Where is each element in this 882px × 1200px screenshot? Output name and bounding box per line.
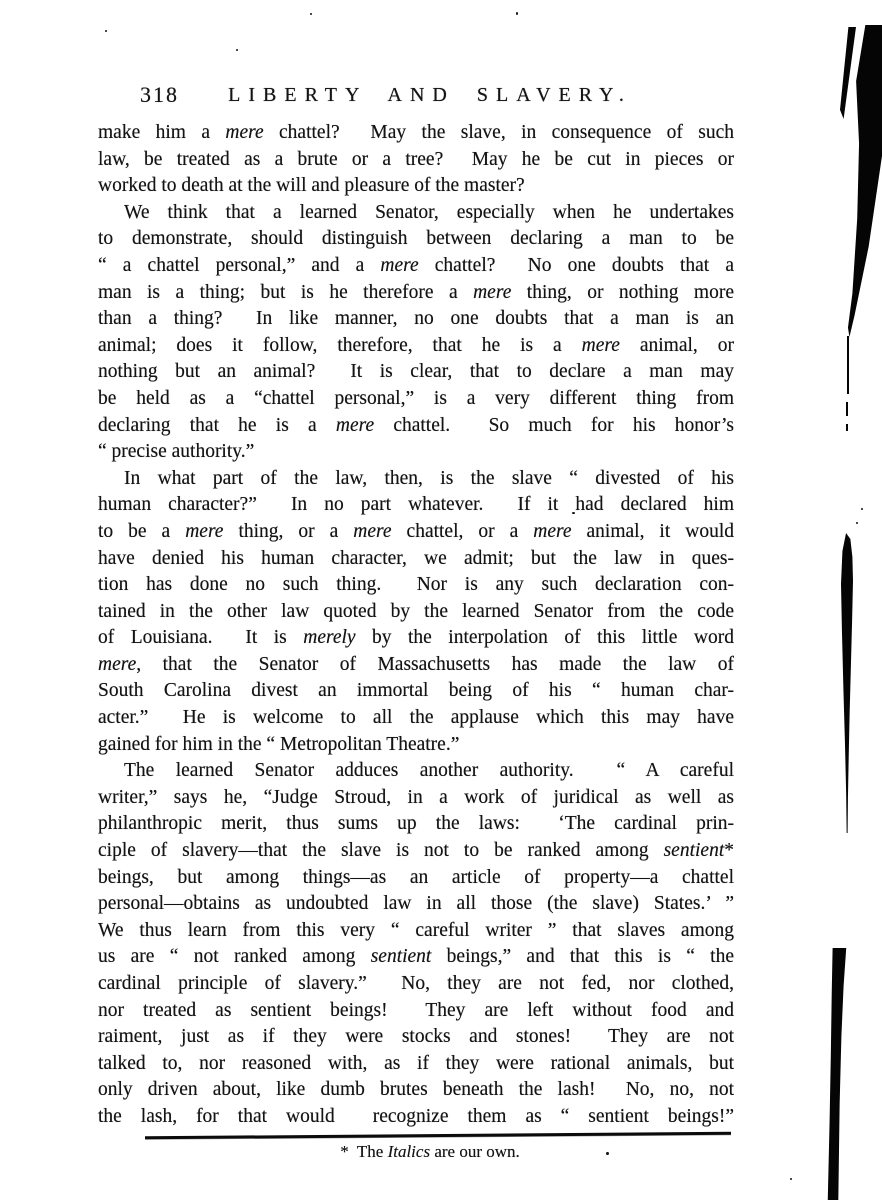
scan-artifact-tail-3 xyxy=(846,424,848,431)
text-line: philanthropic merit, thus sums up the la… xyxy=(98,811,734,838)
text-line: ciple of slavery—that the slave is not t… xyxy=(98,838,734,865)
scan-artifact-top-wedge xyxy=(836,27,856,119)
text-line: cardinal principle of slavery.” No, they… xyxy=(98,971,734,998)
text-line: make him a mere chattel? May the slave, … xyxy=(98,120,734,147)
footnote-rule xyxy=(145,1132,731,1139)
text-line: personal—obtains as undoubted law in all… xyxy=(98,891,734,918)
text-line: The learned Senator adduces another auth… xyxy=(98,758,734,785)
text-line: law, be treated as a brute or a tree? Ma… xyxy=(98,147,734,174)
body-text: make him a mere chattel? May the slave, … xyxy=(98,120,734,1131)
text-line: nor treated as sentient beings! They are… xyxy=(98,998,734,1025)
text-line: beings, but among things—as an article o… xyxy=(98,865,734,892)
scan-speck xyxy=(105,30,107,32)
text-line: acter.” He is welcome to all the applaus… xyxy=(98,705,734,732)
scan-speck xyxy=(572,512,575,514)
text-line: to be a mere thing, or a mere chattel, o… xyxy=(98,519,734,546)
text-line: tion has done no such thing. Nor is any … xyxy=(98,572,734,599)
scan-speck xyxy=(861,508,863,510)
text-line: raiment, just as if they were stocks and… xyxy=(98,1024,734,1051)
text-line: be held as a “chattel personal,” is a ve… xyxy=(98,386,734,413)
text-line: declaring that he is a mere chattel. So … xyxy=(98,413,734,440)
text-line: talked to, nor reasoned with, as if they… xyxy=(98,1051,734,1078)
scan-speck xyxy=(310,13,312,15)
text-line: “ precise authority.” xyxy=(98,439,734,466)
scan-speck xyxy=(790,1178,792,1180)
text-line: writer,” says he, “Judge Stroud, in a wo… xyxy=(98,785,734,812)
running-head-title: LIBERTY AND SLAVERY. xyxy=(98,84,762,107)
scanned-book-page: 318 LIBERTY AND SLAVERY. make him a mere… xyxy=(0,0,882,1200)
text-line: We thus learn from this very “ careful w… xyxy=(98,918,734,945)
scan-speck xyxy=(516,12,518,15)
scan-artifact-tail-1 xyxy=(847,336,849,394)
text-line: We think that a learned Senator, especia… xyxy=(98,200,734,227)
text-line: human character?” In no part whatever. I… xyxy=(98,492,734,519)
text-line: In what part of the law, then, is the sl… xyxy=(98,466,734,493)
text-line: gained for him in the “ Metropolitan The… xyxy=(98,732,734,759)
text-line: than a thing? In like manner, no one dou… xyxy=(98,306,734,333)
text-line: man is a thing; but is he therefore a me… xyxy=(98,280,734,307)
scan-speck xyxy=(236,49,238,51)
text-line: mere, that the Senator of Massachusetts … xyxy=(98,652,734,679)
text-line: us are “ not ranked among sentient being… xyxy=(98,944,734,971)
text-line: worked to death at the will and pleasure… xyxy=(98,173,734,200)
text-line: animal; does it follow, therefore, that … xyxy=(98,333,734,360)
text-line: only driven about, like dumb brutes bene… xyxy=(98,1077,734,1104)
scan-artifact-middle-streak xyxy=(841,533,853,833)
text-line: of Louisiana. It is merely by the interp… xyxy=(98,625,734,652)
scan-artifact-bottom-streak xyxy=(826,948,848,1200)
scan-artifact-top-band xyxy=(845,25,882,337)
page-header: 318 LIBERTY AND SLAVERY. xyxy=(98,82,762,108)
text-line: South Carolina divest an immortal being … xyxy=(98,678,734,705)
text-line: have denied his human character, we admi… xyxy=(98,546,734,573)
text-line: “ a chattel personal,” and a mere chatte… xyxy=(98,253,734,280)
scan-speck xyxy=(606,1152,609,1155)
text-line: nothing but an animal? It is clear, that… xyxy=(98,359,734,386)
text-line: tained in the other law quoted by the le… xyxy=(98,599,734,626)
scan-artifact-tail-2 xyxy=(846,402,848,416)
text-line: the lash, for that would recognize them … xyxy=(98,1104,734,1131)
scan-speck xyxy=(856,522,858,524)
text-line: to demonstrate, should distinguish betwe… xyxy=(98,226,734,253)
footnote-text: * The Italics are our own. xyxy=(98,1142,762,1162)
